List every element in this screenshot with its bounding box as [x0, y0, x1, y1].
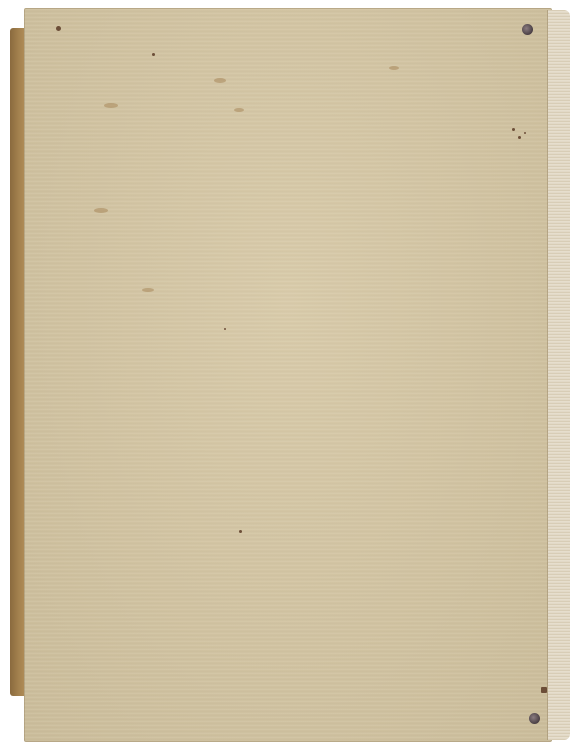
back-cover	[24, 8, 552, 742]
rivet-top	[522, 24, 533, 35]
stain-spot	[512, 128, 515, 131]
stain-spot	[104, 103, 118, 108]
rivet-bottom	[529, 713, 540, 724]
stain-spot	[224, 328, 226, 330]
spine-cloth	[548, 10, 570, 740]
stain-spot	[524, 132, 526, 134]
stain-spot	[234, 108, 244, 112]
stain-spot	[239, 530, 242, 533]
stain-spot	[152, 53, 155, 56]
stain-spot	[94, 208, 108, 213]
stain-spot	[389, 66, 399, 70]
stain-spot	[214, 78, 226, 83]
stain-spot	[518, 136, 521, 139]
stain-spot	[142, 288, 154, 292]
stain-spot	[56, 26, 61, 31]
stain-spot	[541, 687, 547, 693]
